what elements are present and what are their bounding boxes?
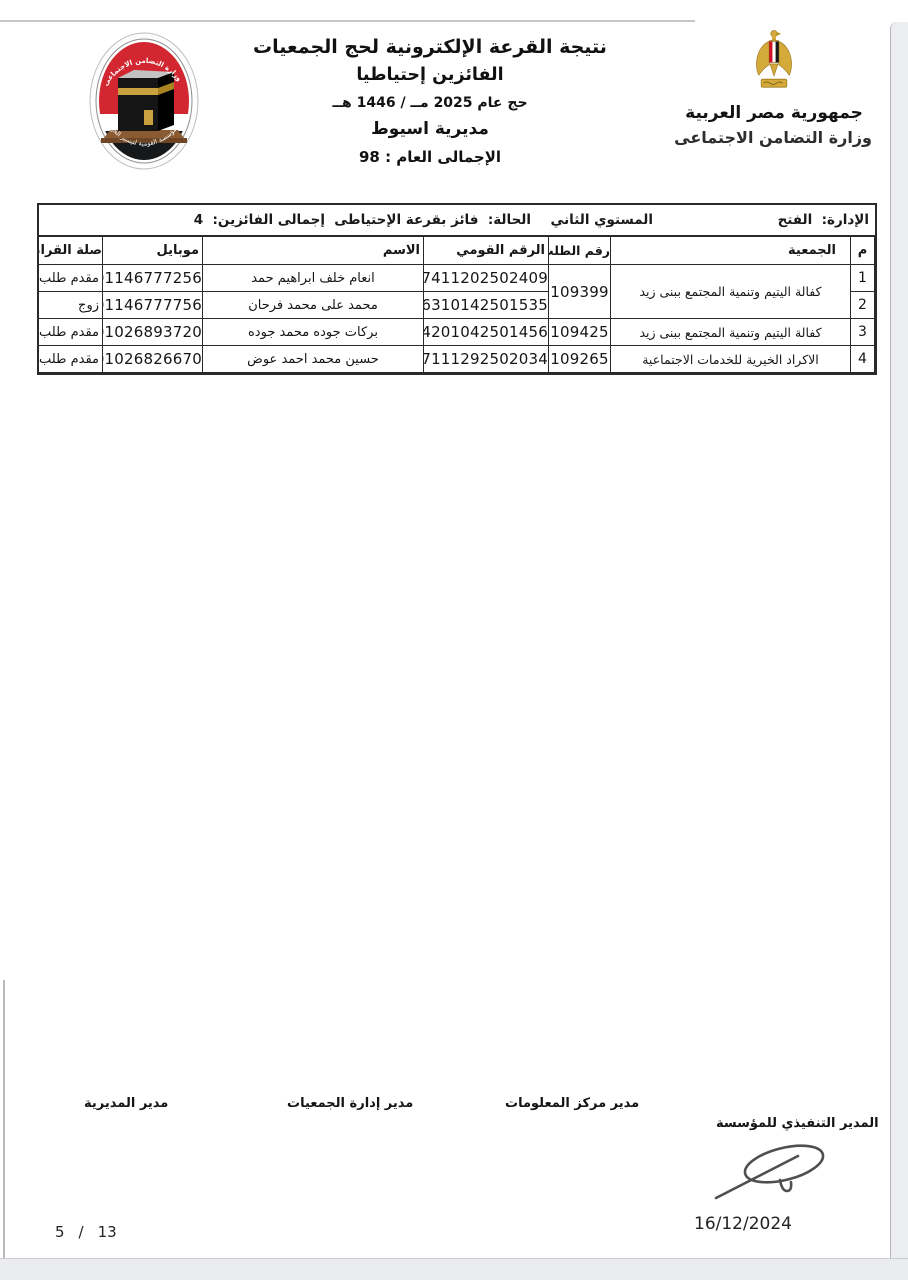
cell-nat: 27111292502034: [424, 346, 549, 373]
cell-req: 109425: [549, 319, 611, 346]
kaaba-emblem-icon: وزارة التضامن الاجتماعى المؤسسة القومية …: [88, 30, 200, 172]
status-value: الحالة: فائز بقرعة الإحتياطى: [334, 212, 531, 228]
cell-assoc: الاكراد الخيرية للخدمات الاجتماعية: [611, 346, 851, 373]
results-table-body: 1كفالة اليتيم وتنمية المجتمع ببنى زيد109…: [39, 265, 875, 373]
administration-value: الإدارة: الفتح: [778, 212, 869, 228]
scan-edge-bottom: [0, 1258, 908, 1280]
signature-associations-admin-manager: مدير إدارة الجمعيات: [287, 1096, 413, 1111]
government-header-block: جمهورية مصر العربية وزارة التضامن الاجتم…: [676, 28, 872, 147]
table-row: 1كفالة اليتيم وتنمية المجتمع ببنى زيد109…: [39, 265, 875, 292]
cell-mobile: 01146777756: [103, 292, 203, 319]
ministry-name: وزارة التضامن الاجتماعى: [676, 128, 872, 147]
cell-mobile: 01146777256: [103, 265, 203, 292]
results-table: م الجمعية رقم الطلب الرقم القومي الاسم م…: [38, 236, 875, 373]
level-value: المستوي الثاني: [550, 212, 653, 228]
cell-rel: مقدم طلب: [39, 265, 103, 292]
signature-information-center-manager: مدير مركز المعلومات: [505, 1096, 639, 1111]
cell-nat: 24201042501456: [424, 319, 549, 346]
page-current: 5: [55, 1223, 65, 1241]
document-subtitle: الفائزين إحتياطيا: [213, 65, 647, 85]
cell-name: محمد على محمد فرحان: [203, 292, 424, 319]
table-row: 4الاكراد الخيرية للخدمات الاجتماعية10926…: [39, 346, 875, 373]
scan-edge-top: [0, 20, 695, 22]
republic-name: جمهورية مصر العربية: [676, 103, 872, 123]
cell-rel: مقدم طلب: [39, 319, 103, 346]
page-total: 13: [98, 1223, 117, 1241]
column-header-serial: م: [851, 237, 875, 265]
table-info-bar: الإدارة: الفتح المستوي الثاني الحالة: فا…: [39, 205, 875, 236]
cell-nat: 26310142501535: [424, 292, 549, 319]
cell-name: حسين محمد احمد عوض: [203, 346, 424, 373]
column-header-request-number: رقم الطلب: [549, 237, 611, 265]
cell-mobile: 01026893720: [103, 319, 203, 346]
handwritten-signature-icon: [710, 1132, 842, 1206]
cell-num: 4: [851, 346, 875, 373]
document-date: 16/12/2024: [694, 1214, 792, 1234]
scan-edge-right: [890, 22, 908, 1258]
scan-edge-left: [3, 980, 5, 1258]
column-header-name: الاسم: [203, 237, 424, 265]
document-title-block: نتيجة القرعة الإلكترونية لحج الجمعيات ال…: [213, 36, 647, 166]
table-header-row: م الجمعية رقم الطلب الرقم القومي الاسم م…: [39, 237, 875, 265]
cell-num: 1: [851, 265, 875, 292]
table-row: 3كفالة اليتيم وتنمية المجتمع ببنى زيد109…: [39, 319, 875, 346]
column-header-national-id: الرقم القومي: [424, 237, 549, 265]
cell-assoc: كفالة اليتيم وتنمية المجتمع ببنى زيد: [611, 319, 851, 346]
cell-nat: 27411202502409: [424, 265, 549, 292]
cell-name: بركات جوده محمد جوده: [203, 319, 424, 346]
cell-req: 109265: [549, 346, 611, 373]
column-header-association: الجمعية: [611, 237, 851, 265]
cell-name: انعام خلف ابراهيم حمد: [203, 265, 424, 292]
winners-total-value: إجمالى الفائزين: 4: [194, 212, 325, 228]
cell-num: 2: [851, 292, 875, 319]
cell-num: 3: [851, 319, 875, 346]
cell-mobile: 01026826670: [103, 346, 203, 373]
page-number: 5 / 13: [55, 1223, 117, 1241]
column-header-relationship: صلة القرابه: [39, 237, 103, 265]
signature-executive-director: المدير التنفيذي للمؤسسة: [716, 1116, 879, 1131]
kaaba-foundation-emblem: وزارة التضامن الاجتماعى المؤسسة القومية …: [88, 30, 200, 172]
hajj-year-line: حج عام 2025 مــ / 1446 هــ: [213, 95, 647, 111]
page-separator: /: [79, 1223, 84, 1241]
directorate-line: مديرية اسيوط: [213, 119, 647, 139]
cell-rel: مقدم طلب: [39, 346, 103, 373]
signature-directorate-manager: مدير المديرية: [84, 1096, 168, 1111]
cell-assoc: كفالة اليتيم وتنمية المجتمع ببنى زيد: [611, 265, 851, 319]
document-title: نتيجة القرعة الإلكترونية لحج الجمعيات: [213, 36, 647, 60]
scanned-document-page: { "document": { "title_line1": "نتيجة ال…: [0, 0, 908, 1280]
column-header-mobile: موبايل: [103, 237, 203, 265]
cell-rel: زوج: [39, 292, 103, 319]
egypt-eagle-icon: [750, 28, 798, 100]
results-table-container: الإدارة: الفتح المستوي الثاني الحالة: فا…: [37, 203, 877, 375]
cell-req: 109399: [549, 265, 611, 319]
grand-total-line: الإجمالى العام : 98: [213, 148, 647, 166]
